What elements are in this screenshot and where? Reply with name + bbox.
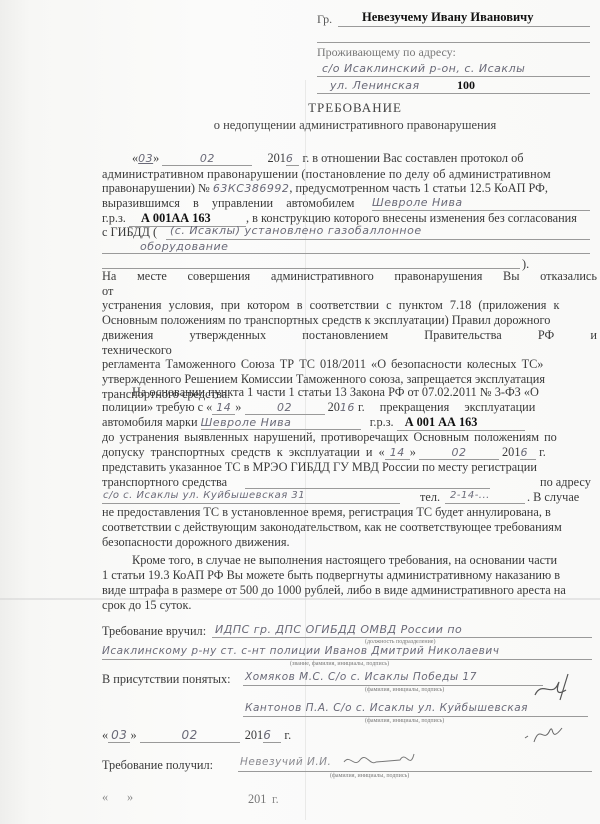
phone-value: 2-14-... bbox=[450, 490, 490, 501]
modification-1: (с. Исаклы) установлено газобаллонное bbox=[170, 224, 422, 237]
modification-2: оборудование bbox=[140, 240, 228, 253]
p4-line3: виде штрафа в размере от 500 до 1000 руб… bbox=[102, 583, 566, 598]
paper-fold bbox=[0, 598, 600, 600]
protocol-year-prefix: 201 bbox=[267, 151, 285, 165]
p3-line6: представить указанное ТС в МРЭО ГИБДД ГУ… bbox=[102, 460, 537, 475]
office-address: с/о с. Исаклы ул. Куйбышевская 31 bbox=[103, 490, 305, 501]
bottom-date-open: « bbox=[102, 790, 108, 805]
p2-line: Основным положениям по транспортных сред… bbox=[102, 313, 597, 328]
p1-line6: с ГИБДД ( bbox=[102, 225, 157, 240]
witness-2: Кантонов П.А. С/о с. Исаклы ул. Куйбышев… bbox=[245, 702, 528, 714]
address-house: 100 bbox=[457, 78, 475, 93]
paragraph-2: На месте совершения административного пр… bbox=[102, 269, 597, 401]
p1-line1-rest: г. в отношении Вас составлен протокол об bbox=[303, 151, 524, 165]
bottom-date-year: 201 bbox=[248, 792, 266, 807]
p4-line1: Кроме того, в случае не выполнения насто… bbox=[132, 553, 557, 568]
p3-line3: автомобиля марки Шевроле Нива г.р.з. А 0… bbox=[102, 415, 525, 431]
p1-line3-prefix: правонарушении) № bbox=[102, 181, 210, 195]
document-page: Гр. Невезучему Ивану Ивановичу Проживающ… bbox=[0, 0, 600, 824]
p1-line5-rest: , в конструкцию которого внесены изменен… bbox=[246, 211, 577, 225]
issue-year-prefix: 201 bbox=[245, 728, 263, 742]
witness-2-caption: (фамилия, инициалы, подпись) bbox=[365, 718, 444, 724]
p1-line3-rest: , предусмотренном часть 1 статьи 12.5 Ко… bbox=[289, 181, 548, 195]
to-year-prefix: 201 bbox=[502, 445, 520, 459]
p2-line: На месте совершения административного пр… bbox=[102, 269, 597, 298]
protocol-month: 02 bbox=[162, 152, 252, 166]
signature-mark-icon bbox=[530, 670, 580, 702]
witness-1: Хомяков М.С. С/о с. Исаклы Победы 17 bbox=[245, 671, 477, 683]
issue-year-suffix: 6 bbox=[263, 728, 281, 743]
from-year-prefix: 20 bbox=[328, 400, 340, 414]
witnesses-label: В присутствии понятых: bbox=[102, 672, 231, 687]
phone-label: тел. bbox=[420, 490, 440, 505]
p2-line: устранения условия, при котором в соотве… bbox=[102, 298, 597, 313]
p3-line9: не предоставления ТС в установленное вре… bbox=[102, 505, 551, 520]
address-label: Проживающему по адресу: bbox=[317, 45, 456, 60]
plate-number-2: А 001 АА 163 bbox=[397, 415, 525, 431]
issue-day: 03 bbox=[108, 728, 130, 743]
p3-line1: На основании пункта 1 части 1 статьи 13 … bbox=[132, 385, 539, 400]
p2-line: движения утвержденных постановлением Пра… bbox=[102, 328, 597, 357]
bottom-date-suffix: г. bbox=[272, 792, 279, 807]
address-line-2: ул. Ленинская bbox=[330, 79, 420, 92]
from-year-suffix: 16 bbox=[340, 401, 355, 414]
p3-line7: транспортного средства bbox=[102, 475, 227, 490]
p1-line1: «03» 02 2016 г. в отношении Вас составле… bbox=[132, 151, 523, 166]
p3-line2-rest: г. прекращения эксплуатации bbox=[358, 400, 535, 414]
document-title: ТРЕБОВАНИЕ bbox=[0, 100, 600, 116]
served-by-name: Исаклинскому р-ну ст. с-нт полиции Ивано… bbox=[102, 645, 499, 657]
p3-line2-prefix: полиции» требую с « bbox=[102, 400, 212, 414]
p1-line4-prefix: выразившимся в управлении автомобилем bbox=[102, 196, 354, 210]
served-by-name-caption: (звание, фамилия, инициалы, подпись) bbox=[290, 661, 389, 667]
address-line-1: с/о Исаклинский р-он, с. Исаклы bbox=[322, 62, 525, 75]
p4-line2: 1 статьи 19.3 КоАП РФ Вы можете быть под… bbox=[102, 568, 560, 583]
document-subtitle: о недопущении административного правонар… bbox=[0, 118, 600, 133]
p3-line2: полиции» требую с «14» 02 2016 г. прекра… bbox=[102, 400, 535, 415]
p3-line8-suffix: . В случае bbox=[527, 490, 579, 505]
grz-label-2: г.р.з. bbox=[370, 415, 394, 429]
issue-month: 02 bbox=[140, 728, 240, 743]
p3-line5-prefix: допуску транспортных средств к эксплуата… bbox=[102, 445, 385, 459]
car-model: Шевроле Нива bbox=[372, 196, 463, 209]
served-by-position: ИДПС гр. ДПС ОГИБДД ОМВД России по bbox=[215, 623, 462, 636]
bottom-date-close: » bbox=[127, 790, 133, 805]
p1-line4: выразившимся в управлении автомобилем bbox=[102, 196, 354, 211]
p3-line5: допуску транспортных средств к эксплуата… bbox=[102, 445, 546, 460]
received-label: Требование получил: bbox=[102, 758, 213, 773]
p3-line7-suffix: по адресу bbox=[540, 475, 591, 490]
witness-1-caption: (фамилия, инициалы, подпись) bbox=[365, 687, 444, 693]
p3-line5-suffix: г. bbox=[539, 445, 546, 459]
car-brand: Шевроле Нива bbox=[201, 416, 361, 430]
issue-date-suffix: г. bbox=[284, 728, 291, 742]
signature-icon bbox=[340, 748, 420, 772]
car-brand-label: автомобиля марки bbox=[102, 415, 198, 429]
to-year-suffix: 6 bbox=[520, 446, 536, 460]
p2-line: регламента Таможенного Союза ТР ТС 018/2… bbox=[102, 357, 597, 372]
p1-line3: правонарушении) № 63КС386992, предусмотр… bbox=[102, 181, 548, 196]
from-day: 14 bbox=[212, 401, 235, 415]
gibdd-label: с ГИБДД ( bbox=[102, 225, 157, 239]
received-by: Невезучий И.И. bbox=[240, 756, 331, 768]
to-month: 02 bbox=[419, 446, 499, 460]
protocol-year-suffix: 6 bbox=[286, 152, 300, 166]
protocol-number: 63КС386992 bbox=[213, 182, 289, 195]
p3-line4: до устранения выявленных нарушений, прот… bbox=[102, 430, 557, 445]
signature-mark-icon bbox=[520, 720, 570, 748]
p1-line2: административном правонарушении (постано… bbox=[102, 167, 551, 182]
p3-line10: соответствии с действующим законодательс… bbox=[102, 520, 562, 535]
to-prefix: Гр. bbox=[317, 12, 332, 27]
from-month: 02 bbox=[245, 401, 325, 415]
issue-date: «03» 02 2016 г. bbox=[102, 728, 291, 743]
grz-label: г.р.з. bbox=[102, 211, 126, 225]
recipient-name: Невезучему Ивану Ивановичу bbox=[362, 10, 533, 25]
received-caption: (фамилия, инициалы, подпись) bbox=[330, 773, 409, 779]
served-label: Требование вручил: bbox=[102, 624, 206, 639]
protocol-day: 03 bbox=[138, 152, 153, 165]
p3-line7-prefix: транспортного средства bbox=[102, 475, 227, 489]
to-day: 14 bbox=[385, 446, 410, 460]
p3-line11: безопасности дорожного движения. bbox=[102, 535, 290, 550]
p4-line4: срок до 15 суток. bbox=[102, 598, 192, 613]
